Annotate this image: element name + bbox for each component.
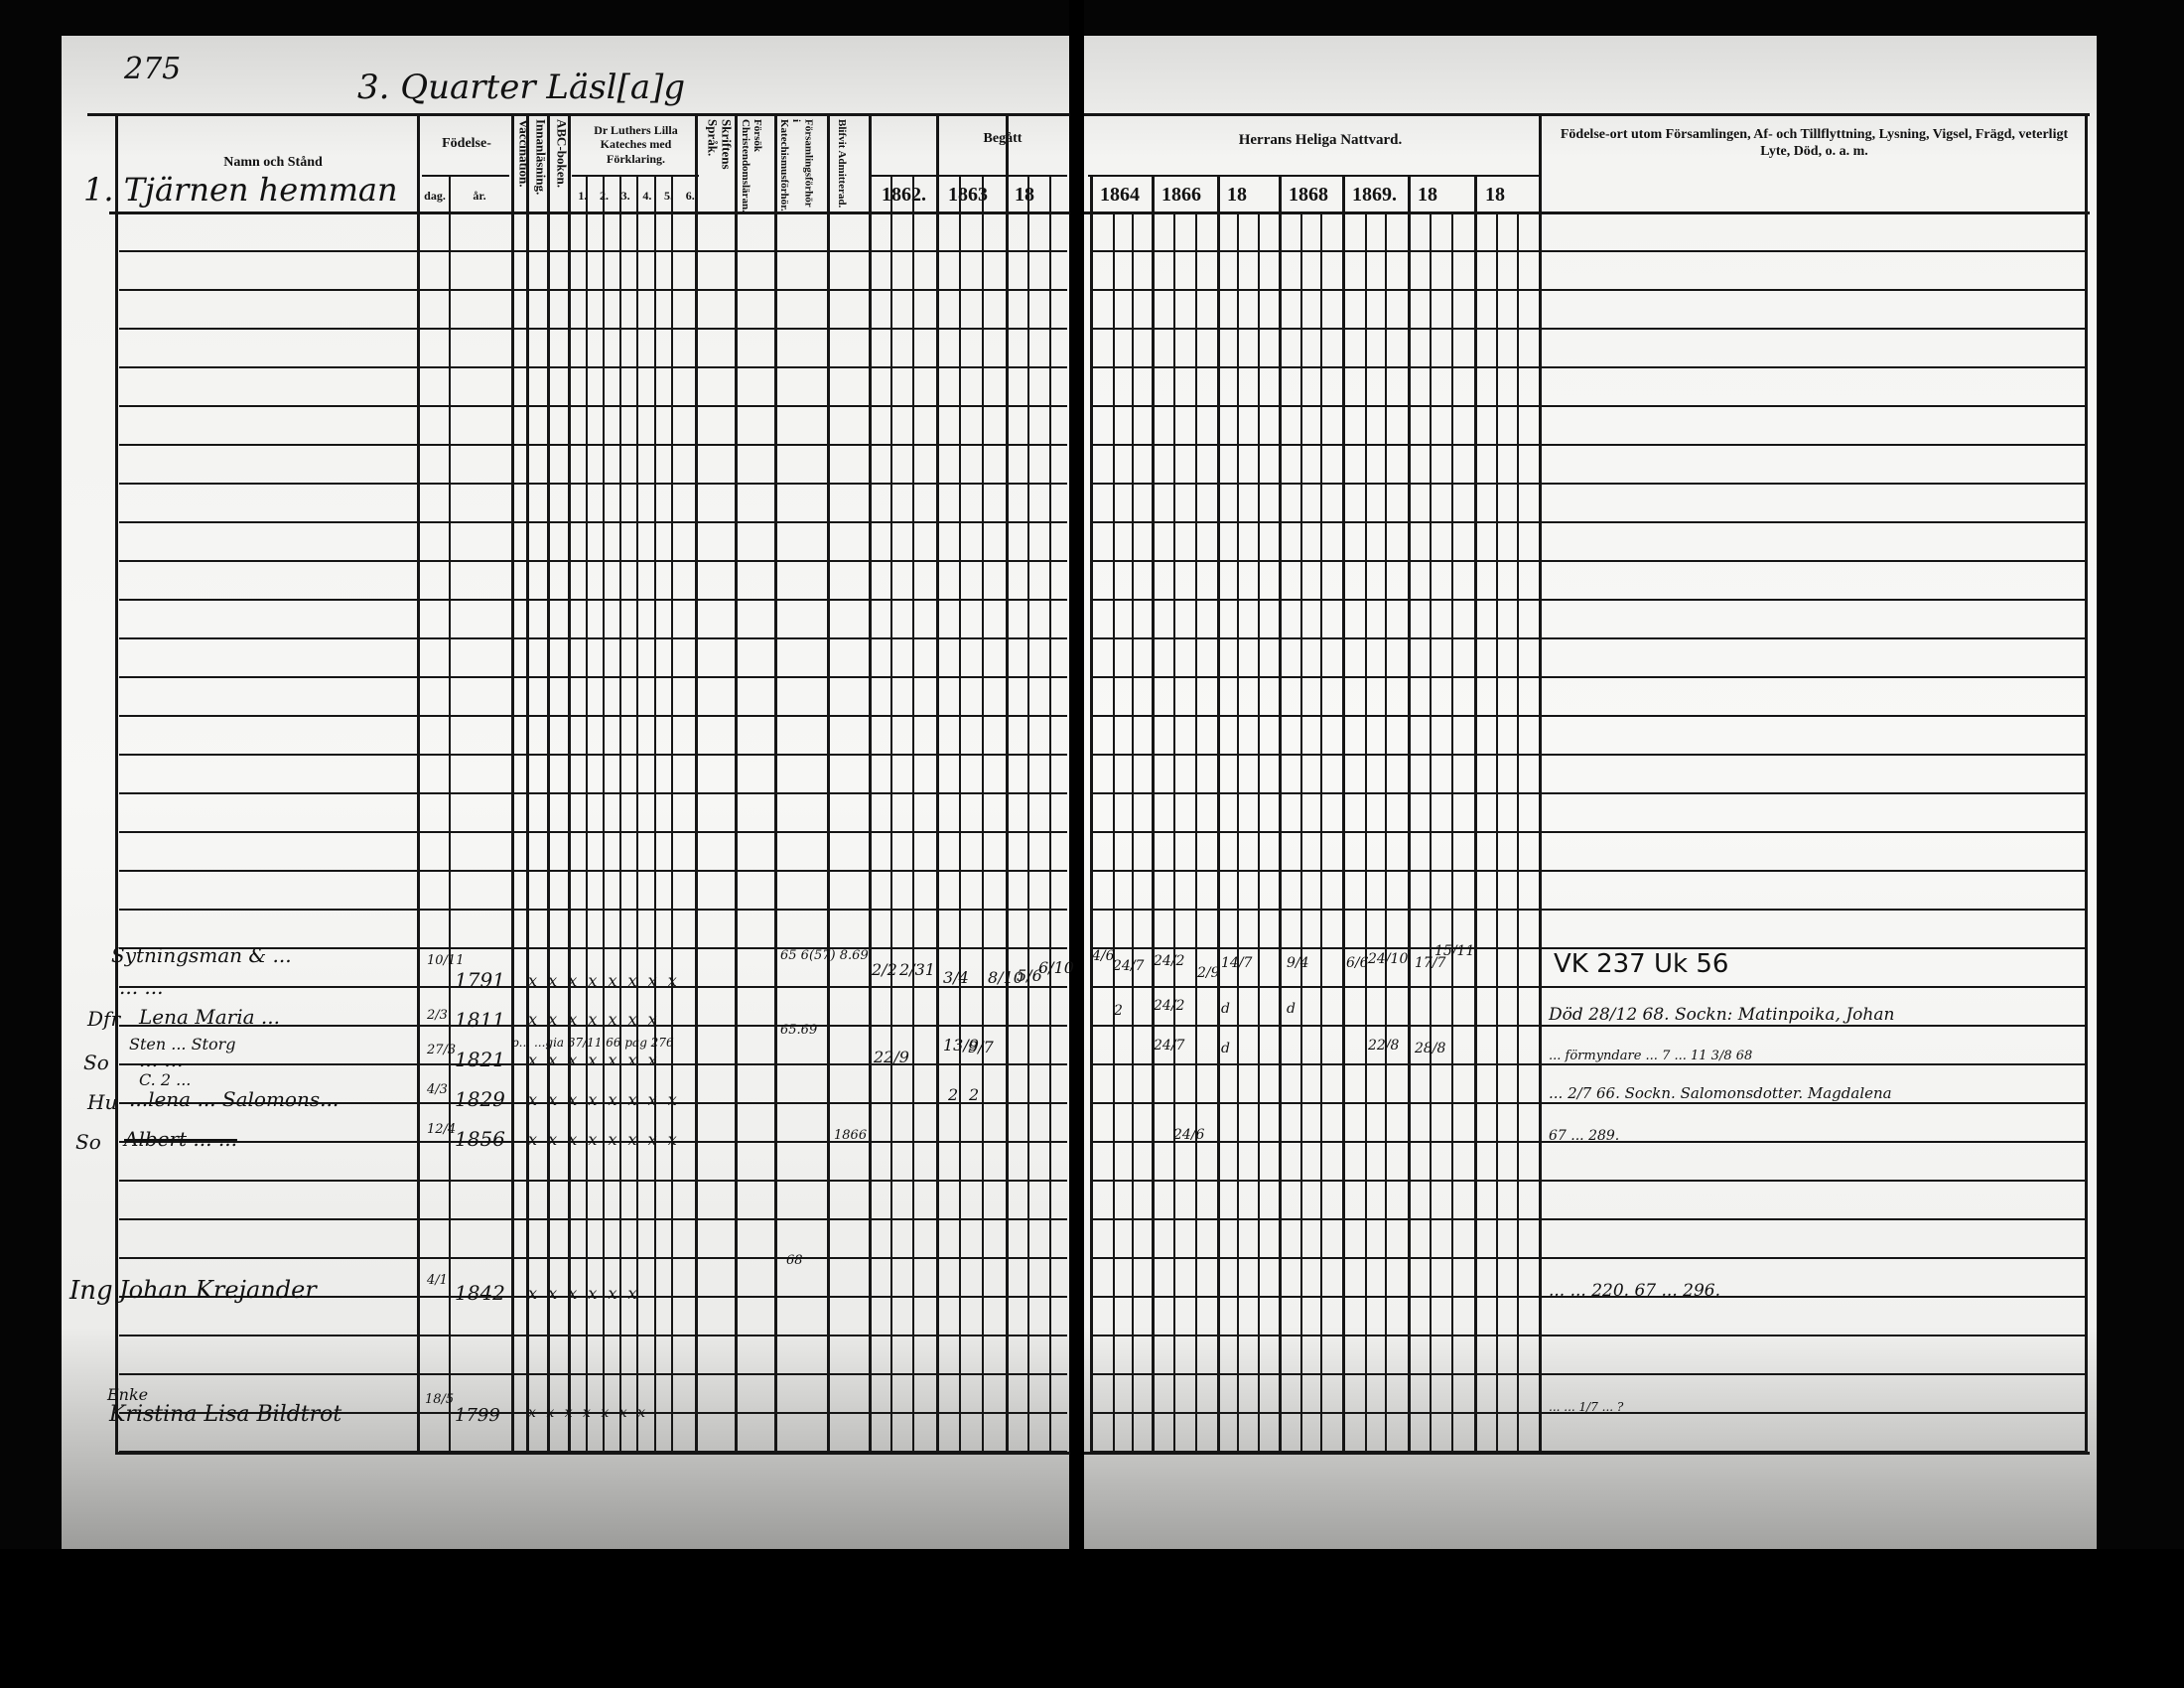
row-rule [119,1451,1067,1453]
entry-5-prefix: So [75,1130,101,1154]
entry-3-day: 27/3 [427,1043,456,1057]
entry-4-day: 4/3 [427,1082,448,1097]
row-rule [1090,792,2087,794]
row-rule [1090,1218,2087,1220]
begatt-mark: 9/7 [968,1038,994,1056]
row-rule [1090,366,2087,368]
row-rule [1090,483,2087,485]
communion-mark: 22/8 [1368,1038,1399,1054]
row-rule [1090,715,2087,717]
entry-7-year: 1799 [455,1405,500,1426]
entry-5-admitted: 1866 [834,1128,867,1143]
entry-3-name: ... ... [139,1048,184,1071]
row-rule [1090,328,2087,330]
remark-3: ... förmyndare ... 7 ... 11 3/8 68 [1549,1049,1752,1063]
row-rule [1090,250,2087,252]
column-rule [511,113,514,1452]
entry-5-marks: x x x x x x x x [528,1130,680,1149]
row-rule [119,637,1067,639]
row-rule [119,599,1067,601]
luther-part: 5. [658,189,680,203]
entry-4-marks: x x x x x x x x [528,1090,680,1109]
column-rule [568,113,571,1452]
communion-mark: d [1221,1001,1230,1017]
header-christendom: Försök Christendomsläran. [740,119,763,209]
row-rule [119,250,1067,252]
header-abc: ABC-boken. [554,119,568,209]
remark-1: VK 237 Uk 56 [1554,949,1728,979]
page-heading: 3. Quarter Läsl[a]g [357,68,685,107]
row-rule [1090,1257,2087,1259]
entry-2-year: 1811 [455,1008,505,1032]
header-luther: Dr Luthers Lilla Kateches med Förklaring… [574,123,698,166]
row-rule [119,676,1067,678]
entry-1-line1: Sytningsman & ... [111,943,292,967]
remark-5: 67 ... 289. [1549,1128,1619,1144]
row-rule [119,1218,1067,1220]
remarks-right-rule [2085,113,2088,1454]
header-birth-year: år. [452,189,507,203]
row-rule [119,792,1067,794]
communion-mark: 24/6 [1173,1127,1204,1143]
row-rule [119,1180,1067,1182]
years-subrule [869,175,1067,177]
communion-mark: 2 [1114,1003,1123,1019]
row-rule [1090,599,2087,601]
row-rule [1090,1063,2087,1065]
column-rule [526,113,529,1452]
row-rule [1090,1102,2087,1104]
row-rule [1090,637,2087,639]
entry-2-day: 2/3 [427,1008,448,1023]
communion-year: 1864 [1100,184,1140,207]
entry-4-name: ...lena ... Salomons... [129,1087,339,1111]
row-rule [1090,560,2087,562]
communion-mark: 4/6 [1092,948,1115,964]
row-rule [119,715,1067,717]
entry-3-prefix: So [83,1051,109,1074]
communion-mark: d [1287,1001,1296,1017]
communion-mark: 9/4 [1287,955,1309,971]
row-rule [1090,909,2087,911]
row-rule [119,909,1067,911]
begatt-mark: 2/31 [899,960,935,979]
row-rule [1090,444,2087,446]
entry-2-exam-years: 65.69 [780,1023,817,1038]
row-rule [119,1373,1067,1375]
entry-2-name: Lena Maria ... [139,1005,280,1029]
header-birth-day: dag. [421,189,449,203]
header-begatt: Begått [973,131,1032,148]
header-top-rule [87,113,1070,116]
entry-5-year: 1856 [455,1127,505,1151]
year-blank: 18 [1015,184,1034,207]
communion-mark: d [1221,1041,1230,1056]
entry-7-day: 18/5 [425,1392,454,1407]
row-rule [1090,1451,2087,1453]
header-remarks: Födelse-ort utom Församlingen, Af- och T… [1554,127,2075,161]
entry-6-exam-years: 68 [786,1253,803,1268]
right-header-top-rule [1084,113,2090,116]
begatt-mark: 6/10 [1038,958,1074,977]
row-rule [119,560,1067,562]
communion-year: 1869. [1352,184,1397,207]
communion-mark: 24/2 [1154,998,1184,1014]
communion-mark: 2/9 [1197,965,1220,981]
communion-mark: 24/7 [1154,1038,1184,1054]
entry-1-day: 10/11 [427,953,464,968]
communion-subrule [1088,175,1539,177]
header-communion: Herrans Heliga Nattvard. [1171,131,1469,149]
header-forsamlingsforhor: Församlingsförhör i Katechismusförhör. [778,119,814,209]
row-rule [119,1257,1067,1259]
row-rule [1090,754,2087,756]
row-rule [1090,521,2087,523]
row-rule [1090,405,2087,407]
entry-7-marks: x x x x x x x [528,1405,648,1421]
left-page [62,36,1069,1555]
communion-mark: 28/8 [1415,1041,1445,1056]
row-rule [119,328,1067,330]
row-rule [119,754,1067,756]
entry-6-marks: x x x x x x [528,1284,640,1303]
header-birth: Födelse- [422,136,511,153]
row-rule [1090,676,2087,678]
column-rule [936,113,939,1452]
entry-4-prefix: Hu [87,1090,117,1114]
remark-2: Död 28/12 68. Sockn: Matinpoika, Johan [1549,1005,1894,1025]
row-rule [1090,1335,2087,1336]
column-rule [417,113,420,1452]
entry-1-exam-years: 65 6(57) 8.69 [780,948,869,963]
birth-subrule [422,175,509,177]
communion-mark: 6/6 [1346,955,1369,971]
row-rule [119,831,1067,833]
column-rule [869,113,872,1452]
row-rule [1090,1373,2087,1375]
communion-year: 18 [1485,184,1505,207]
entry-7-name: Kristina Lisa Bildtrot [109,1402,341,1427]
row-rule [119,405,1067,407]
luther-subrule [572,175,699,177]
communion-mark: 15/11 [1434,943,1474,959]
entry-3-year: 1821 [455,1048,505,1071]
luther-part: 1. [572,189,594,203]
communion-year: 1868 [1289,184,1328,207]
row-rule [119,521,1067,523]
row-rule [119,483,1067,485]
entry-5-name: Albert ... ... [124,1127,237,1151]
column-rule [827,113,830,1452]
communion-mark: 24/2 [1154,953,1184,969]
row-rule [119,289,1067,291]
communion-year: 18 [1227,184,1247,207]
book-spine [1069,0,1084,1688]
entry-5-day: 12/4 [427,1122,456,1137]
entry-3-marks: x x x x x x x [528,1051,660,1069]
row-rule [119,444,1067,446]
begatt-mark: 2 [948,1085,958,1104]
row-rule [1090,986,2087,988]
header-innanlasning: Innanläsning. [533,119,547,209]
column-rule [735,113,738,1452]
entry-6-day: 4/1 [427,1273,448,1288]
header-admitterad: Blifvit Admitterad. [836,119,848,209]
remark-6: ... ... 220. 67 ... 296. [1549,1281,1720,1301]
begatt-mark: 22/9 [874,1048,909,1066]
communion-mark: 24/10 [1368,951,1408,967]
column-rule [547,113,550,1452]
entry-3-note: p... ...gia 37/11 66 pag 276 [511,1036,674,1050]
page-number: 275 [124,52,181,86]
row-rule [1090,289,2087,291]
entry-2-prefix: Dfr [87,1007,120,1031]
begatt-mark: 3/4 [943,968,969,987]
right-header-bottom-rule [1084,211,2090,214]
entry-1-name: ... ... [119,975,164,999]
row-rule [119,1335,1067,1336]
header-name: Namn och Stånd [189,155,357,172]
begatt-mark: 2/2 [872,960,897,979]
bottom-shadow [0,1549,2184,1688]
luther-part: 3. [614,189,636,203]
entry-1-marks: x x x x x x x x [528,971,680,990]
row-rule [1090,1180,2087,1182]
entry-4-year: 1829 [455,1087,505,1111]
entry-6-name: Johan Krejander [119,1276,317,1304]
entry-6-prefix: Ing [69,1276,113,1306]
right-page [1084,36,2097,1555]
row-rule [1090,1025,2087,1027]
begatt-mark: 2 [969,1085,979,1104]
column-rule [774,113,777,1452]
communion-mark: 14/7 [1221,955,1252,971]
year-1862: 1862. [882,184,926,207]
entry-2-marks: x x x x x x x [528,1010,660,1029]
remark-4: ... 2/7 66. Sockn. Salomonsdotter. Magda… [1549,1084,1892,1102]
communion-mark: 24/7 [1113,958,1144,974]
header-skriftens: Skriftens Språk. [705,119,734,209]
column-rule [695,113,698,1452]
row-rule [1090,831,2087,833]
communion-year: 18 [1418,184,1437,207]
household-label: 1. Tjärnen hemman [83,171,398,209]
communion-year: 1866 [1161,184,1201,207]
row-rule [119,870,1067,872]
column-rule [1006,113,1009,1452]
row-rule [119,366,1067,368]
remark-7: ... ... 1/7 ... ? [1549,1400,1623,1414]
entry-1-year: 1791 [455,968,505,992]
row-rule [1090,870,2087,872]
entry-6-year: 1842 [455,1281,505,1305]
left-margin-rule [115,113,118,1454]
header-bottom-rule [109,211,1070,214]
